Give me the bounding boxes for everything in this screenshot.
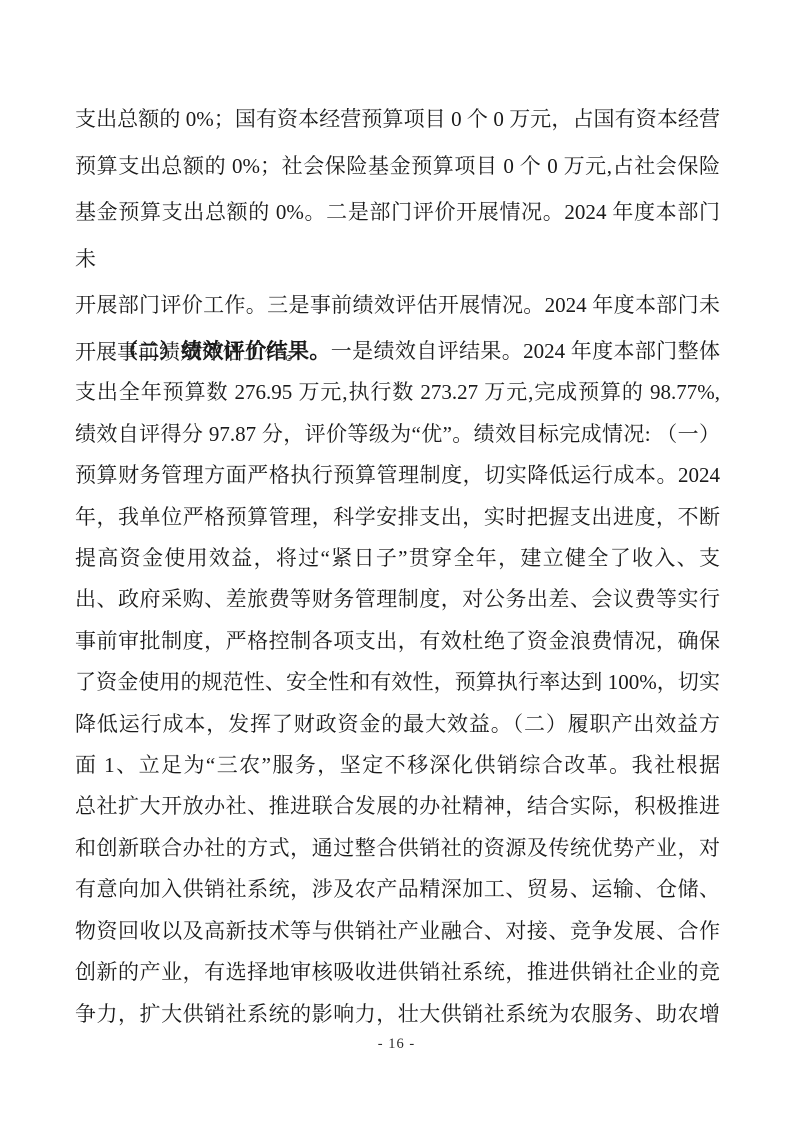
text-line: （二）绩效评价结果。一是绩效自评结果。2024 年度本部门整体 (75, 331, 720, 372)
text-line: 绩效自评得分 97.87 分，评价等级为“优”。绩效目标完成情况: （一） (75, 414, 720, 455)
text-line: 年，我单位严格预算管理，科学安排支出，实时把握支出进度，不断 (75, 497, 720, 538)
text-line: 事前审批制度，严格控制各项支出，有效杜绝了资金浪费情况，确保 (75, 621, 720, 662)
text-line: 和创新联合办社的方式，通过整合供销社的资源及传统优势产业，对 (75, 828, 720, 869)
text-line: 预算财务管理方面严格执行预算管理制度，切实降低运行成本。2024 (75, 455, 720, 496)
text-line: 面 1、立足为“三农”服务，坚定不移深化供销综合改革。我社根据 (75, 745, 720, 786)
text-line: 支出全年预算数 276.95 万元,执行数 273.27 万元,完成预算的 98… (75, 372, 720, 413)
text-line: 出、政府采购、差旅费等财务管理制度，对公务出差、会议费等实行 (75, 579, 720, 620)
text-line: 有意向加入供销社系统，涉及农产品精深加工、贸易、运输、仓储、 (75, 869, 720, 910)
text-line: 提高资金使用效益，将过“紧日子”贯穿全年，建立健全了收入、支 (75, 538, 720, 579)
body-paragraph-2: （二）绩效评价结果。一是绩效自评结果。2024 年度本部门整体 支出全年预算数 … (75, 331, 720, 1035)
text-line: 了资金使用的规范性、安全性和有效性，预算执行率达到 100%，切实 (75, 662, 720, 703)
text-line: 降低运行成本，发挥了财政资金的最大效益。（二）履职产出效益方 (75, 704, 720, 745)
text-run: 一是绩效自评结果。2024 年度本部门整体 (331, 339, 720, 363)
text-line: 基金预算支出总额的 0%。二是部门评价开展情况。2024 年度本部门未 (75, 189, 720, 282)
text-line: 预算支出总额的 0%；社会保险基金预算项目 0 个 0 万元,占社会保险 (75, 143, 720, 190)
text-line: 支出总额的 0%；国有资本经营预算项目 0 个 0 万元，占国有资本经营 (75, 96, 720, 143)
document-page: 支出总额的 0%；国有资本经营预算项目 0 个 0 万元，占国有资本经营 预算支… (0, 0, 793, 1122)
section-heading: （二）绩效评价结果。 (117, 339, 331, 363)
text-line: 物资回收以及高新技术等与供销社产业融合、对接、竞争发展、合作 (75, 911, 720, 952)
text-line: 创新的产业，有选择地审核吸收进供销社系统，推进供销社企业的竞 (75, 952, 720, 993)
text-line: 争力，扩大供销社系统的影响力，壮大供销社系统为农服务、助农增 (75, 994, 720, 1035)
text-line: 总社扩大开放办社、推进联合发展的办社精神，结合实际，积极推进 (75, 786, 720, 827)
page-number: - 16 - (0, 1036, 793, 1053)
text-line: 开展部门评价工作。三是事前绩效评估开展情况。2024 年度本部门未 (75, 282, 720, 329)
